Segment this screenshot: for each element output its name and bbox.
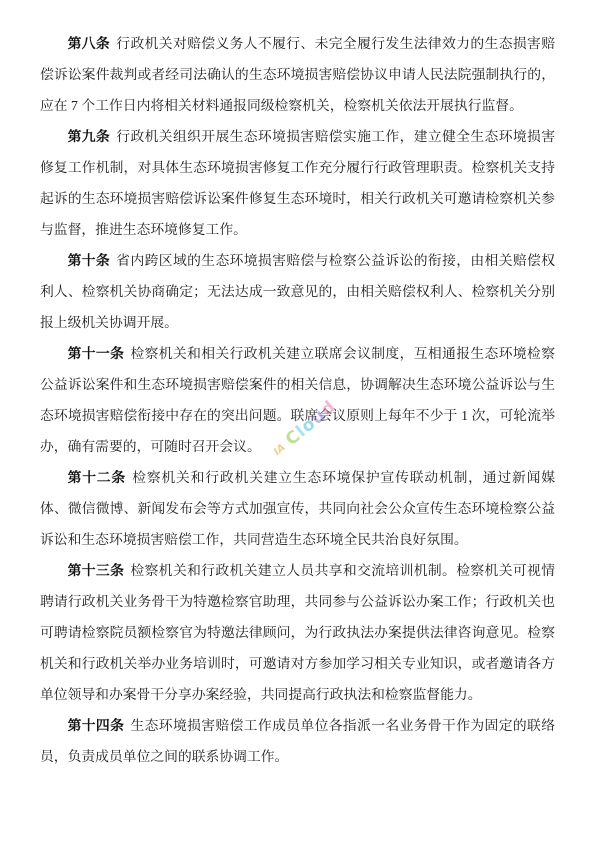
article-8-text: 行政机关对赔偿义务人不履行、未完全履行发生法律效力的生态损害赔偿诉讼案件裁判或者…	[40, 36, 555, 113]
document-body: 第八条行政机关对赔偿义务人不履行、未完全履行发生法律效力的生态损害赔偿诉讼案件裁…	[40, 28, 555, 772]
document-page: 第八条行政机关对赔偿义务人不履行、未完全履行发生法律效力的生态损害赔偿诉讼案件裁…	[0, 0, 595, 841]
paragraph-article-11: 第十一条检察机关和相关行政机关建立联席会议制度，互相通报生态环境检察公益诉讼案件…	[40, 338, 555, 462]
article-10-text: 省内跨区域的生态环境损害赔偿与检察公益诉讼的衔接，由相关赔偿权利人、检察机关协商…	[40, 253, 555, 330]
article-11-text: 检察机关和相关行政机关建立联席会议制度，互相通报生态环境检察公益诉讼案件和生态环…	[40, 346, 555, 454]
paragraph-article-13: 第十三条检察机关和行政机关建立人员共享和交流培训机制。检察机关可视情聘请行政机关…	[40, 555, 555, 710]
article-9-text: 行政机关组织开展生态环境损害赔偿实施工作，建立健全生态环境损害修复工作机制，对具…	[40, 129, 555, 237]
article-8-label: 第八条	[68, 36, 111, 51]
article-14-label: 第十四条	[68, 718, 125, 733]
paragraph-article-14: 第十四条生态环境损害赔偿工作成员单位各指派一名业务骨干作为固定的联络员，负责成员…	[40, 710, 555, 772]
paragraph-article-10: 第十条省内跨区域的生态环境损害赔偿与检察公益诉讼的衔接，由相关赔偿权利人、检察机…	[40, 245, 555, 338]
article-13-text: 检察机关和行政机关建立人员共享和交流培训机制。检察机关可视情聘请行政机关业务骨干…	[40, 563, 555, 702]
article-13-label: 第十三条	[68, 563, 125, 578]
article-10-label: 第十条	[68, 253, 111, 268]
article-11-label: 第十一条	[68, 346, 125, 361]
paragraph-article-12: 第十二条检察机关和行政机关建立生态环境保护宣传联动机制，通过新闻媒体、微信微博、…	[40, 462, 555, 555]
paragraph-article-9: 第九条行政机关组织开展生态环境损害赔偿实施工作，建立健全生态环境损害修复工作机制…	[40, 121, 555, 245]
article-12-label: 第十二条	[68, 470, 126, 485]
paragraph-article-8: 第八条行政机关对赔偿义务人不履行、未完全履行发生法律效力的生态损害赔偿诉讼案件裁…	[40, 28, 555, 121]
article-9-label: 第九条	[68, 129, 111, 144]
